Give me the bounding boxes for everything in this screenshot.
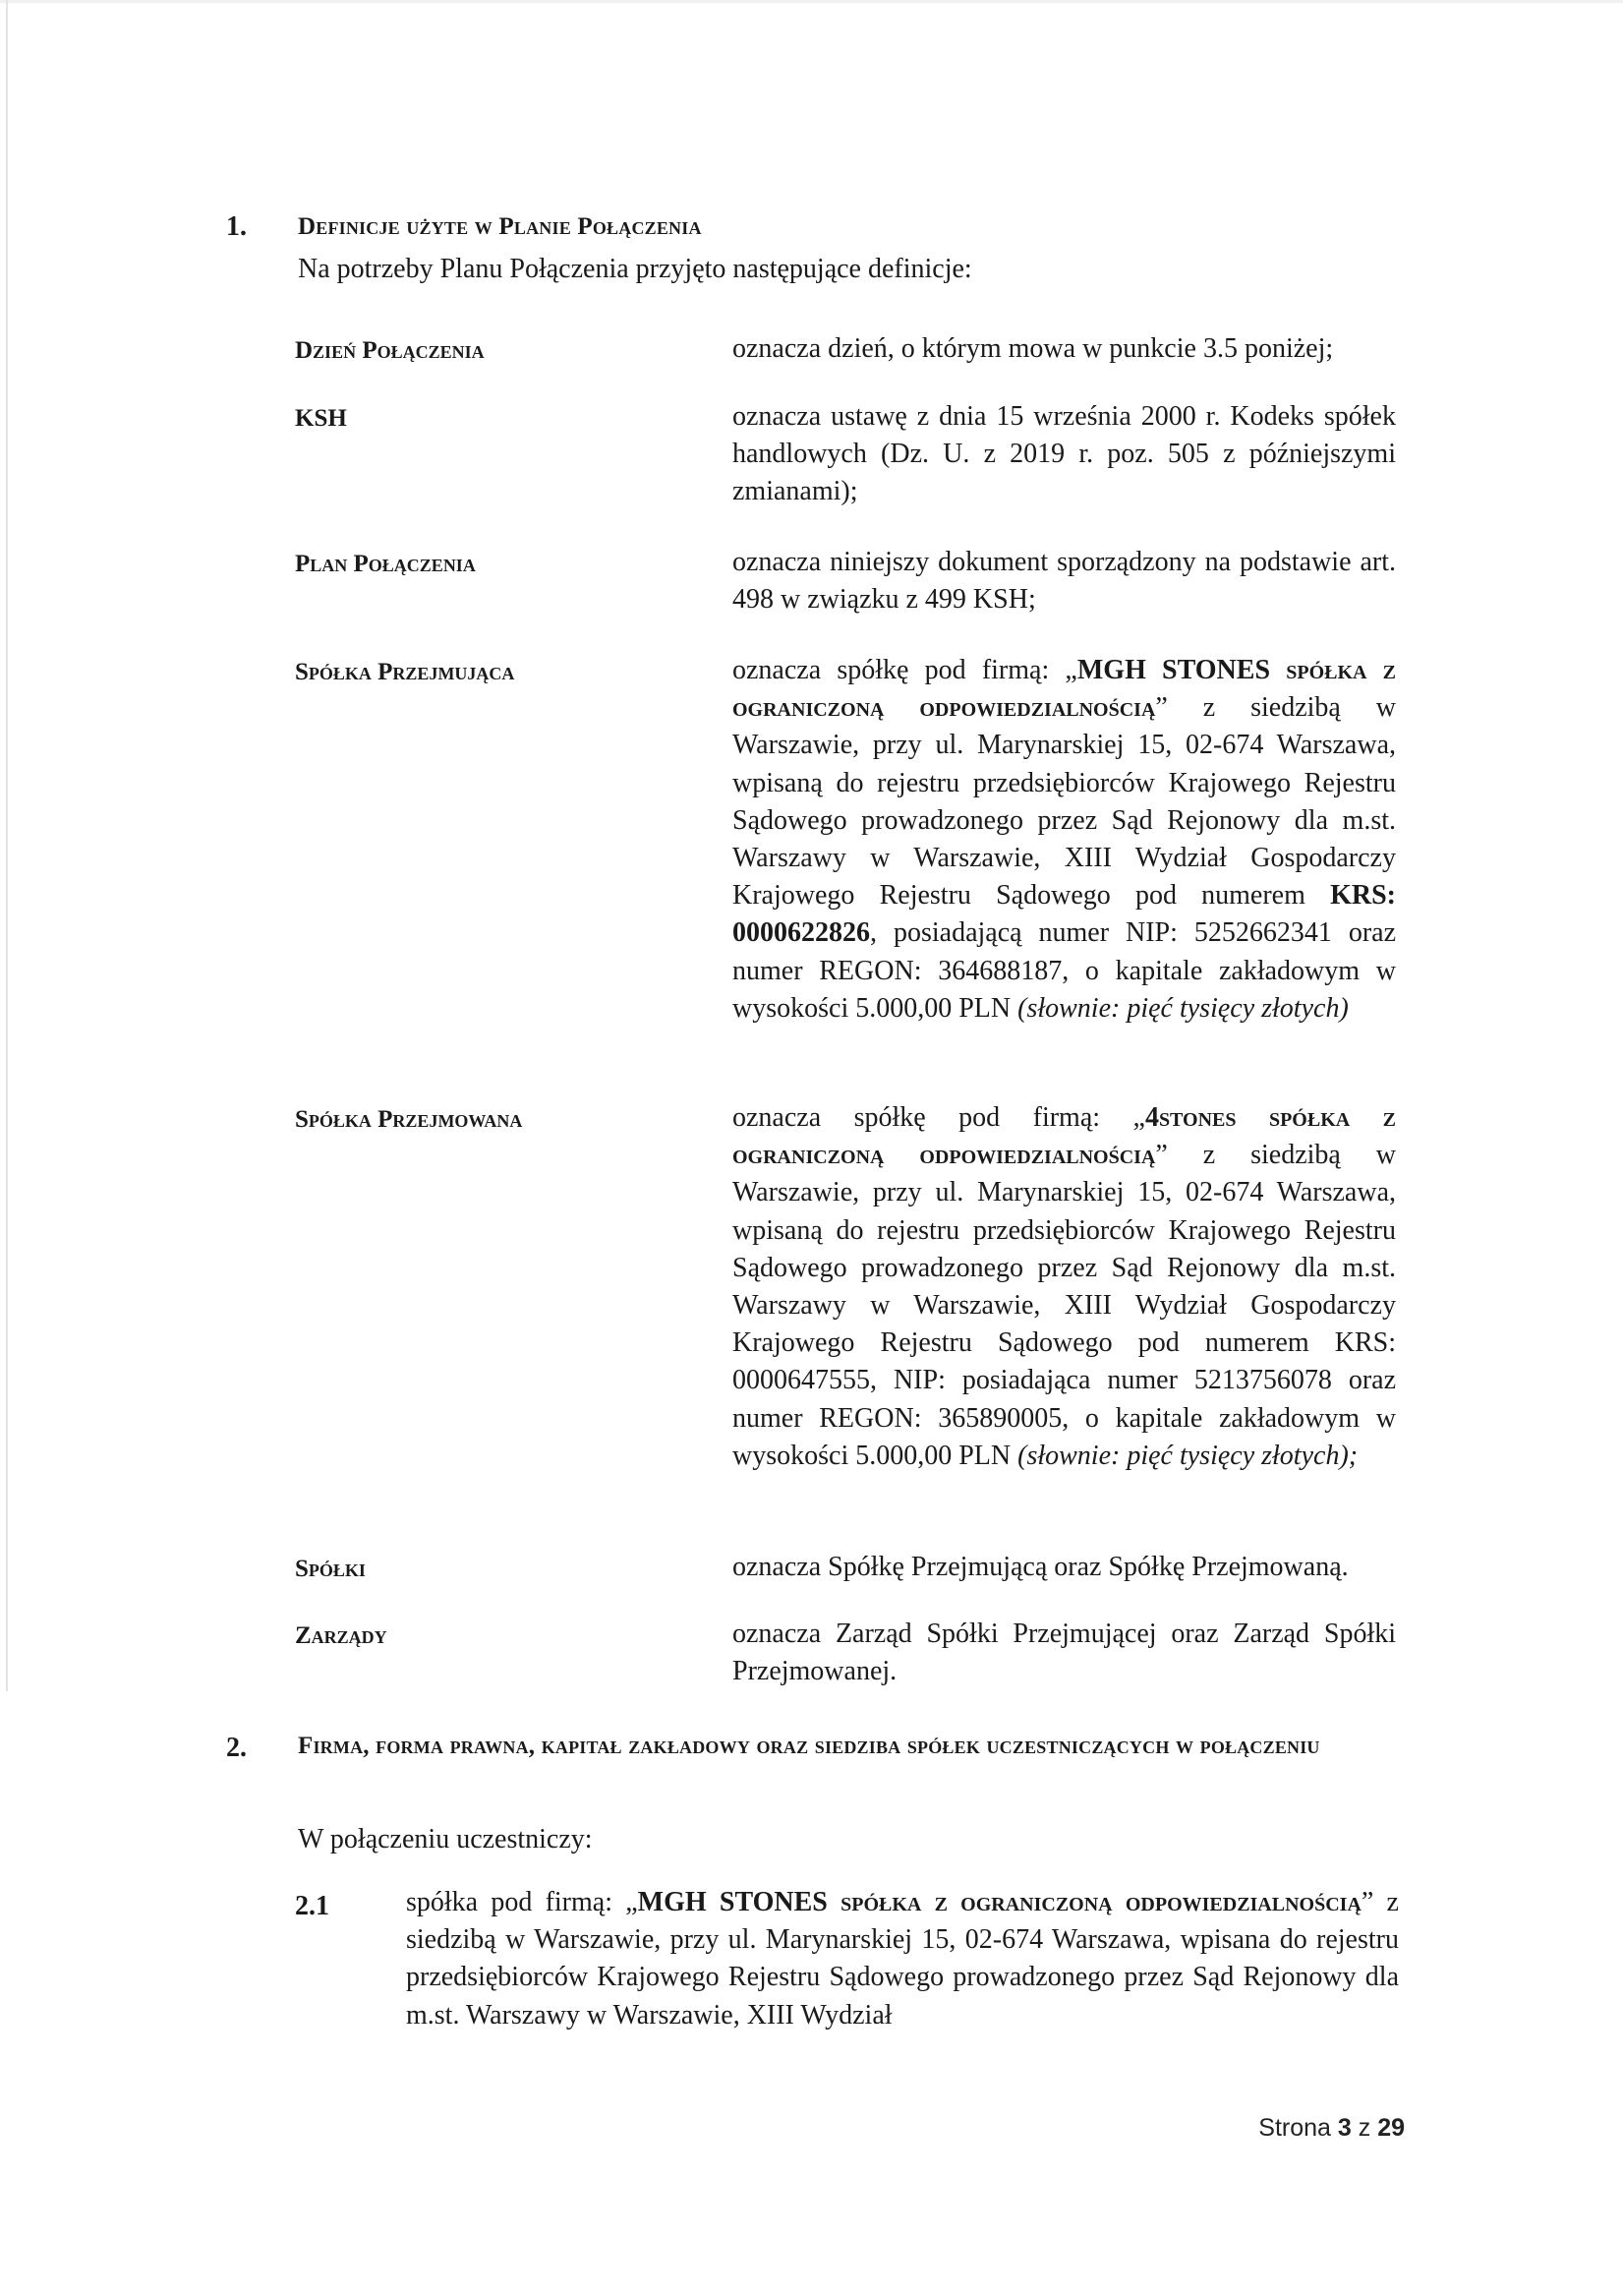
- definition-spolka-przejmujaca: oznacza spółkę pod firmą: „MGH STONES sp…: [732, 652, 1396, 1028]
- page-top-edge: [0, 0, 1623, 3]
- section-2-intro: W połączeniu uczestniczy:: [298, 1824, 593, 1855]
- definition-spolka-przejmowana: oznacza spółkę pod firmą: „4stones spółk…: [732, 1099, 1396, 1475]
- section-1-title: Definicje użyte w Planie Połączenia: [298, 206, 702, 248]
- definition-spolki: oznacza Spółkę Przejmującą oraz Spółkę P…: [732, 1549, 1396, 1586]
- term-zarzady: Zarządy: [295, 1622, 387, 1650]
- item-2-1-text: spółka pod firmą: „MGH STONES spółka z o…: [406, 1884, 1399, 2034]
- page-number: Strona 3 z 29: [1258, 2114, 1405, 2143]
- def-text-mid: ” z siedzibą w Warszawie, przy ul. Maryn…: [732, 692, 1396, 911]
- definition-dzien-polaczenia: oznacza dzień, o którym mowa w punkcie 3…: [732, 330, 1396, 368]
- section-2-title: Firma, forma prawna, kapitał zakładowy o…: [298, 1726, 1399, 1767]
- term-ksh: KSH: [295, 405, 347, 433]
- page-number-middle: z: [1352, 2114, 1377, 2142]
- section-1-number: 1.: [226, 211, 247, 243]
- capital-in-words: (słownie: pięć tysięcy złotych);: [1017, 1441, 1358, 1471]
- company-name-mgh-stones: MGH STONES: [1077, 655, 1270, 685]
- page-number-total: 29: [1377, 2114, 1405, 2142]
- company-name-mgh-stones: MGH STONES: [638, 1887, 828, 1917]
- item-text-prefix: spółka pod firmą: „: [406, 1887, 638, 1917]
- page-number-current: 3: [1338, 2114, 1352, 2142]
- section-1-intro: Na potrzeby Planu Połączenia przyjęto na…: [298, 254, 972, 285]
- page-number-prefix: Strona: [1258, 2114, 1338, 2142]
- term-spolka-przejmowana: Spółka Przejmowana: [295, 1106, 522, 1134]
- scan-left-edge: [6, 0, 8, 1691]
- def-text-prefix: oznacza spółkę pod firmą: „: [732, 1102, 1145, 1133]
- term-plan-polaczenia: Plan Połączenia: [295, 551, 476, 578]
- item-2-1-number: 2.1: [295, 1891, 329, 1922]
- term-spolki: Spółki: [295, 1556, 366, 1583]
- definition-plan-polaczenia: oznacza niniejszy dokument sporządzony n…: [732, 544, 1396, 618]
- definition-ksh: oznacza ustawę z dnia 15 września 2000 r…: [732, 398, 1396, 511]
- company-legal-form: spółka z ograniczoną odpowiedzialnością: [828, 1887, 1362, 1917]
- term-dzien-polaczenia: Dzień Połączenia: [295, 337, 485, 365]
- term-spolka-przejmujaca: Spółka Przejmująca: [295, 659, 514, 686]
- definition-zarzady: oznacza Zarząd Spółki Przejmującej oraz …: [732, 1616, 1396, 1690]
- def-text-mid: ” z siedzibą w Warszawie, przy ul. Maryn…: [732, 1140, 1396, 1471]
- capital-in-words: (słownie: pięć tysięcy złotych): [1017, 993, 1349, 1024]
- def-text-prefix: oznacza spółkę pod firmą: „: [732, 655, 1077, 685]
- section-2-number: 2.: [226, 1733, 247, 1764]
